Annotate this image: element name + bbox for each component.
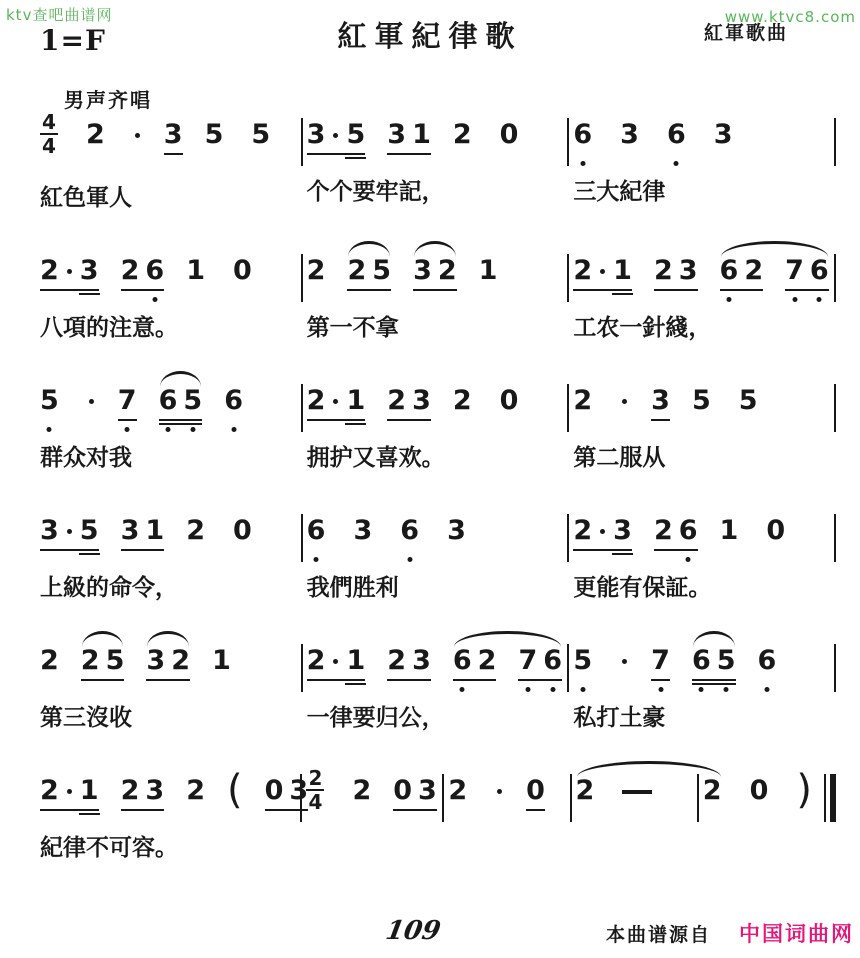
system-line-4: 353120上級的命令，6363我們胜利232610更能有保証。 bbox=[36, 500, 836, 602]
note: 1 bbox=[212, 646, 231, 676]
barline bbox=[834, 644, 836, 692]
lyric-char: 二 bbox=[596, 444, 619, 472]
beam-group: 76 bbox=[785, 256, 829, 286]
beam-group: ( bbox=[227, 776, 243, 806]
lyric-char: 工 bbox=[573, 314, 596, 342]
measure: 24203 bbox=[302, 760, 442, 868]
lyric-char: 对 bbox=[86, 444, 109, 472]
lyric-char: 保 bbox=[642, 574, 665, 602]
note: 5 bbox=[106, 646, 125, 676]
source-prefix: 本曲谱源自 bbox=[606, 920, 711, 947]
note: 2 bbox=[573, 516, 592, 546]
note: 6 bbox=[307, 516, 326, 546]
lyric-char: 要 bbox=[353, 178, 376, 206]
beam-group: 03 bbox=[393, 776, 437, 806]
measure: 212320拥护又喜欢。 bbox=[303, 370, 568, 472]
note: 6 bbox=[145, 256, 164, 286]
beam-group: 20 bbox=[453, 120, 519, 150]
note: 2 bbox=[121, 776, 140, 806]
note: 2 bbox=[347, 256, 366, 286]
beam-group: 25 bbox=[81, 646, 125, 676]
note: 3 bbox=[620, 120, 639, 150]
measure: 20 bbox=[444, 760, 569, 862]
lyric-char: 第 bbox=[307, 314, 330, 342]
beam-group: 10 bbox=[186, 256, 252, 286]
note: 7 bbox=[785, 256, 804, 286]
lyric-char: 令， bbox=[132, 574, 178, 602]
notes-row: 442355 bbox=[38, 104, 295, 176]
beam-group: 26 bbox=[121, 256, 165, 286]
note: 2 bbox=[121, 256, 140, 286]
credit-label: 紅軍歌曲 bbox=[704, 18, 788, 45]
measure: 353120个个要牢記， bbox=[303, 104, 568, 206]
note: 2 bbox=[744, 256, 763, 286]
notes-row: 6363 bbox=[571, 104, 828, 170]
final-barline bbox=[824, 774, 836, 822]
lyric-char: 不 bbox=[353, 314, 376, 342]
note: 0 bbox=[526, 776, 545, 806]
note: 6 bbox=[667, 120, 686, 150]
song-title: 紅軍紀律歌 bbox=[337, 14, 522, 55]
lyric-char: 八 bbox=[40, 314, 63, 342]
notes-row: 212320 bbox=[305, 370, 562, 436]
beam-group: 7 bbox=[118, 386, 137, 416]
notes-row: 353120 bbox=[305, 104, 562, 170]
lyric-char: 服 bbox=[619, 444, 642, 472]
lyric-row: 八項的注意。 bbox=[40, 314, 178, 342]
beam-group: 2 bbox=[576, 776, 653, 806]
lyric-char: 胜 bbox=[353, 574, 376, 602]
note: 3 bbox=[353, 516, 372, 546]
note: 3 bbox=[164, 120, 183, 150]
beam-group: 2 bbox=[448, 776, 504, 806]
beam-group: 55 bbox=[205, 120, 271, 150]
lyric-char: 三 bbox=[63, 704, 86, 732]
note: 2 bbox=[40, 776, 59, 806]
lyric-char: 拿 bbox=[376, 314, 399, 342]
lyric-char: 一 bbox=[330, 314, 353, 342]
lyric-char: 公， bbox=[399, 704, 445, 732]
note: 5 bbox=[40, 386, 59, 416]
note: 1 bbox=[479, 256, 498, 286]
lyric-char: 更 bbox=[573, 574, 596, 602]
lyric-char: 的 bbox=[86, 574, 109, 602]
lyric-row: 紀律不可容。 bbox=[40, 834, 178, 862]
lyric-char: 命 bbox=[109, 574, 132, 602]
lyric-char: 又 bbox=[353, 444, 376, 472]
system-line-3: 57656群众对我212320拥护又喜欢。2355第二服从 bbox=[36, 370, 836, 472]
note: 0 bbox=[500, 386, 519, 416]
lyric-char: 記， bbox=[399, 178, 445, 206]
parenthesis: ) bbox=[796, 774, 812, 806]
beam-group: 5 bbox=[573, 646, 629, 676]
beam-group: 2 bbox=[186, 776, 205, 806]
note: 2 bbox=[352, 776, 371, 806]
notes-row: 232610 bbox=[38, 240, 295, 306]
lyric-char: 群 bbox=[40, 444, 63, 472]
note: 2 bbox=[186, 776, 205, 806]
note: 0 bbox=[393, 776, 412, 806]
lyric-char: 个 bbox=[307, 178, 330, 206]
beam-group: 6 bbox=[224, 386, 243, 416]
notes-row: 21232(03 bbox=[38, 760, 294, 826]
lyric-char: 証。 bbox=[665, 574, 711, 602]
beam-group: 23 bbox=[387, 646, 431, 676]
lyric-row: 上級的命令， bbox=[40, 574, 178, 602]
beam-group: 6 bbox=[758, 646, 777, 676]
beam-group: 1 bbox=[212, 646, 231, 676]
beam-group: 21 bbox=[573, 256, 632, 286]
lyric-char: 沒 bbox=[86, 704, 109, 732]
notes-row: 20 bbox=[446, 760, 563, 826]
lyric-row: 第二服从 bbox=[573, 444, 665, 472]
beam-group: 31 bbox=[121, 516, 165, 546]
source-attribution: 本曲谱源自 中国词曲网 bbox=[606, 918, 854, 948]
lyric-char: 众 bbox=[63, 444, 86, 472]
note: 2 bbox=[573, 386, 592, 416]
score: 442355紅色軍人353120个个要牢記，6363三大紀律232610八項的注… bbox=[36, 104, 836, 896]
note: 0 bbox=[233, 256, 252, 286]
lyric-row: 拥护又喜欢。 bbox=[307, 444, 445, 472]
lyric-char: 欢。 bbox=[399, 444, 445, 472]
lyric-row: 个个要牢記， bbox=[307, 178, 445, 206]
time-signature: 24 bbox=[306, 768, 324, 812]
lyric-char: 級 bbox=[63, 574, 86, 602]
beam-group: 6363 bbox=[307, 516, 466, 546]
system-line-5: 225321第三沒收21236276一律要归公，57656私打土豪 bbox=[36, 630, 836, 732]
sheet-music-page: ktv查吧曲谱网 紅軍紀律歌 www.ktvc8.com 紅軍歌曲 1=F 男声… bbox=[0, 0, 860, 958]
note: 5 bbox=[717, 646, 736, 676]
beam-group: 31 bbox=[387, 120, 431, 150]
note: 2 bbox=[40, 646, 59, 676]
note: 2 bbox=[453, 386, 472, 416]
note: 6 bbox=[692, 646, 711, 676]
lyric-char: 个 bbox=[330, 178, 353, 206]
beam-group: 32 bbox=[146, 646, 190, 676]
note: 1 bbox=[346, 646, 365, 676]
beam-group: 25 bbox=[347, 256, 391, 286]
lyric-char: 我 bbox=[307, 574, 330, 602]
note: 1 bbox=[346, 386, 365, 416]
lyric-char: 注 bbox=[109, 314, 132, 342]
note: 3 bbox=[146, 646, 165, 676]
note: 3 bbox=[387, 120, 406, 150]
lyric-char: 可 bbox=[109, 834, 132, 862]
beam-group: 242 bbox=[306, 776, 371, 812]
lyric-row: 群众对我 bbox=[40, 444, 132, 472]
lyric-char: 我 bbox=[109, 444, 132, 472]
note: 7 bbox=[118, 386, 137, 416]
note: 3 bbox=[40, 516, 59, 546]
measure: 442355紅色軍人 bbox=[36, 104, 301, 212]
note: 5 bbox=[205, 120, 224, 150]
measure: 353120上級的命令， bbox=[36, 500, 301, 602]
note: 0 bbox=[265, 776, 284, 806]
notes-row: 232610 bbox=[571, 500, 828, 566]
lyric-row: 工农一針綫， bbox=[573, 314, 711, 342]
lyric-row: 紅色軍人 bbox=[40, 184, 132, 212]
beam-group: 35 bbox=[40, 516, 99, 546]
note: 0 bbox=[233, 516, 252, 546]
note: 2 bbox=[387, 646, 406, 676]
note: 1 bbox=[720, 516, 739, 546]
beam-group: 03 bbox=[265, 776, 309, 806]
note: 7 bbox=[651, 646, 670, 676]
lyric-char: 容。 bbox=[132, 834, 178, 862]
notes-row: 6363 bbox=[305, 500, 562, 566]
beam-group: 21 bbox=[307, 646, 366, 676]
note: 2 bbox=[438, 256, 457, 286]
note: 2 bbox=[703, 776, 722, 806]
lyric-char: 收 bbox=[109, 704, 132, 732]
beam-group: 6363 bbox=[573, 120, 732, 150]
lyric-char: 紀 bbox=[40, 834, 63, 862]
lyric-char: 大 bbox=[596, 178, 619, 206]
lyric-char: 能 bbox=[596, 574, 619, 602]
lyric-char: 軍 bbox=[86, 184, 109, 212]
lyric-row: 我們胜利 bbox=[307, 574, 399, 602]
beam-group: 23 bbox=[40, 256, 99, 286]
note: 2 bbox=[307, 646, 326, 676]
note: 1 bbox=[412, 120, 431, 150]
note: 2 bbox=[573, 256, 592, 286]
note: 2 bbox=[387, 386, 406, 416]
note: 3 bbox=[714, 120, 733, 150]
note: 1 bbox=[145, 516, 164, 546]
note: 2 bbox=[307, 386, 326, 416]
note: 1 bbox=[80, 776, 99, 806]
note: 6 bbox=[720, 256, 739, 286]
note: 3 bbox=[651, 386, 670, 416]
note: 2 bbox=[186, 516, 205, 546]
note: 5 bbox=[346, 120, 365, 150]
beam-group: 23 bbox=[387, 386, 431, 416]
beam-group: 65 bbox=[692, 646, 736, 676]
time-signature: 44 bbox=[40, 112, 58, 156]
beam-group: 21 bbox=[307, 386, 366, 416]
lyric-row: 三大紀律 bbox=[573, 178, 665, 206]
beam-group: 1 bbox=[479, 256, 498, 286]
beam-group: 5 bbox=[40, 386, 96, 416]
lyric-char: 色 bbox=[63, 184, 86, 212]
notes-row: 2355 bbox=[571, 370, 828, 436]
note: 2 bbox=[448, 776, 467, 806]
beam-group: 20 bbox=[186, 516, 252, 546]
note: 1 bbox=[186, 256, 205, 286]
page-number: 109 bbox=[383, 916, 443, 946]
note: 3 bbox=[413, 256, 432, 286]
lyric-char: 归 bbox=[376, 704, 399, 732]
measure: 21232(03紀律不可容。 bbox=[36, 760, 300, 862]
lyric-char: 人 bbox=[109, 184, 132, 212]
beam-group: 20) bbox=[703, 776, 812, 806]
note: 3 bbox=[447, 516, 466, 546]
beam-group: 26 bbox=[654, 516, 698, 546]
lyric-char: 豪 bbox=[642, 704, 665, 732]
note: 3 bbox=[121, 516, 140, 546]
lyric-char: 利 bbox=[376, 574, 399, 602]
note: 6 bbox=[573, 120, 592, 150]
lyric-char: 紀 bbox=[619, 178, 642, 206]
note: 5 bbox=[573, 646, 592, 676]
measure: 6363三大紀律 bbox=[569, 104, 834, 206]
lyric-char: 不 bbox=[86, 834, 109, 862]
note: 6 bbox=[159, 386, 178, 416]
beam-group: 23 bbox=[654, 256, 698, 286]
lyric-row: 私打土豪 bbox=[573, 704, 665, 732]
lyric-char: 从 bbox=[642, 444, 665, 472]
beam-group: 2 bbox=[573, 386, 629, 416]
note: 2 bbox=[453, 120, 472, 150]
beam-group: 2 bbox=[307, 256, 326, 286]
measure: 2355第二服从 bbox=[569, 370, 834, 472]
note: 3 bbox=[412, 386, 431, 416]
note: 0 bbox=[500, 120, 519, 150]
barline bbox=[834, 254, 836, 302]
note: 2 bbox=[478, 646, 497, 676]
note: 2 bbox=[40, 256, 59, 286]
beam-group: 23 bbox=[121, 776, 165, 806]
measure: 232610八項的注意。 bbox=[36, 240, 301, 342]
lyric-char: 項 bbox=[63, 314, 86, 342]
note: 5 bbox=[183, 386, 202, 416]
note: 3 bbox=[412, 646, 431, 676]
lyric-char: 一 bbox=[619, 314, 642, 342]
notes-row: 353120 bbox=[38, 500, 295, 566]
lyric-char: 私 bbox=[573, 704, 596, 732]
beam-group: 62 bbox=[453, 646, 497, 676]
note: 5 bbox=[692, 386, 711, 416]
note: 0 bbox=[750, 776, 769, 806]
note: 0 bbox=[766, 516, 785, 546]
lyric-row: 一律要归公， bbox=[307, 704, 445, 732]
lyric-row: 第一不拿 bbox=[307, 314, 399, 342]
beam-group: 62 bbox=[720, 256, 764, 286]
barline bbox=[834, 514, 836, 562]
note: 3 bbox=[307, 120, 326, 150]
key-signature: 1=F bbox=[40, 24, 106, 57]
barline bbox=[834, 118, 836, 166]
note: 2 bbox=[307, 256, 326, 286]
beam-group: 442 bbox=[40, 120, 142, 156]
note: 6 bbox=[679, 516, 698, 546]
note: 3 bbox=[418, 776, 437, 806]
beam-group: 3 bbox=[164, 120, 183, 150]
beam-group: 32 bbox=[413, 256, 457, 286]
lyric-char: 意。 bbox=[132, 314, 178, 342]
note: 6 bbox=[224, 386, 243, 416]
note: 5 bbox=[372, 256, 391, 286]
beam-group: 21 bbox=[40, 776, 99, 806]
lyric-char: 的 bbox=[86, 314, 109, 342]
beam-group: 55 bbox=[692, 386, 758, 416]
lyric-char: 土 bbox=[619, 704, 642, 732]
measure: 232610更能有保証。 bbox=[569, 500, 834, 602]
note: 1 bbox=[613, 256, 632, 286]
beam-group: 65 bbox=[159, 386, 203, 416]
notes-row: 20) bbox=[701, 760, 818, 826]
barline bbox=[834, 384, 836, 432]
note: 6 bbox=[758, 646, 777, 676]
lyric-char: 第 bbox=[40, 704, 63, 732]
lyric-char: 紅 bbox=[40, 184, 63, 212]
lyric-char: 农 bbox=[596, 314, 619, 342]
note: 2 bbox=[576, 776, 595, 806]
note: 6 bbox=[543, 646, 562, 676]
notes-row: 24203 bbox=[304, 760, 436, 832]
note: 3 bbox=[289, 776, 308, 806]
beam-group: 0 bbox=[526, 776, 545, 806]
lyric-char: 要 bbox=[353, 704, 376, 732]
watermark-top-left: ktv查吧曲谱网 bbox=[6, 4, 112, 25]
lyric-char: 們 bbox=[330, 574, 353, 602]
lyric-char: 上 bbox=[40, 574, 63, 602]
lyric-char: 喜 bbox=[376, 444, 399, 472]
lyric-char: 拥 bbox=[307, 444, 330, 472]
lyric-char: 一 bbox=[307, 704, 330, 732]
note: 7 bbox=[518, 646, 537, 676]
note: 2 bbox=[654, 516, 673, 546]
lyric-char: 律 bbox=[63, 834, 86, 862]
beam-group: 20 bbox=[453, 386, 519, 416]
lyric-char: 打 bbox=[596, 704, 619, 732]
note: 3 bbox=[679, 256, 698, 286]
measure: 6363我們胜利 bbox=[303, 500, 568, 602]
parenthesis: ( bbox=[227, 774, 243, 806]
lyric-char: 律 bbox=[330, 704, 353, 732]
note: 2 bbox=[654, 256, 673, 286]
lyric-char: 針 bbox=[642, 314, 665, 342]
note: 6 bbox=[400, 516, 419, 546]
beam-group: 10 bbox=[720, 516, 786, 546]
note: 3 bbox=[613, 516, 632, 546]
note: 5 bbox=[80, 516, 99, 546]
lyric-char: 有 bbox=[619, 574, 642, 602]
note: 3 bbox=[80, 256, 99, 286]
beam-group: 2 bbox=[40, 646, 59, 676]
lyric-char: 牢 bbox=[376, 178, 399, 206]
system-line-2: 232610八項的注意。225321第一不拿21236276工农一針綫， bbox=[36, 240, 836, 342]
system-line-6: 21232(03紀律不可容。2420320220) bbox=[36, 760, 836, 868]
note: 6 bbox=[453, 646, 472, 676]
lyric-row: 第三沒收 bbox=[40, 704, 132, 732]
source-site-name: 中国词曲网 bbox=[739, 918, 854, 948]
lyric-char: 三 bbox=[573, 178, 596, 206]
lyric-row: 更能有保証。 bbox=[573, 574, 711, 602]
beam-group: 35 bbox=[307, 120, 366, 150]
lyric-char: 第 bbox=[573, 444, 596, 472]
note: 5 bbox=[251, 120, 270, 150]
note: 2 bbox=[81, 646, 100, 676]
lyric-char: 綫， bbox=[665, 314, 711, 342]
note: 6 bbox=[810, 256, 829, 286]
note: 5 bbox=[739, 386, 758, 416]
note: 2 bbox=[86, 120, 105, 150]
lyric-char: 律 bbox=[642, 178, 665, 206]
beam-group: 3 bbox=[651, 386, 670, 416]
beam-group: 23 bbox=[573, 516, 632, 546]
note: 2 bbox=[171, 646, 190, 676]
lyric-char: 护 bbox=[330, 444, 353, 472]
system-line-1: 442355紅色軍人353120个个要牢記，6363三大紀律 bbox=[36, 104, 836, 212]
beam-group: 76 bbox=[518, 646, 562, 676]
note: 3 bbox=[145, 776, 164, 806]
beam-group: 7 bbox=[651, 646, 670, 676]
